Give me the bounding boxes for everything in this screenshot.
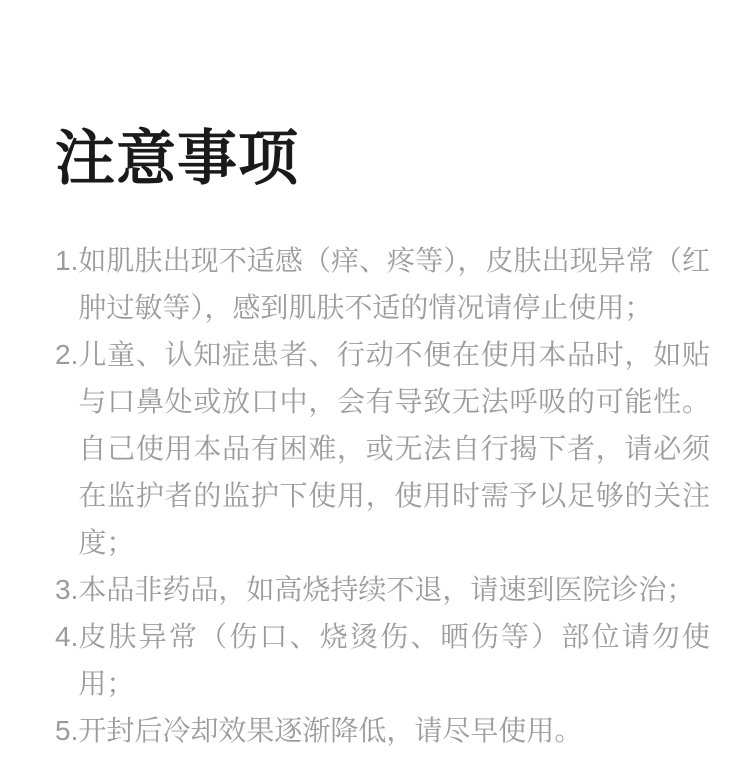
item-text: 皮肤异常（伤口、烧烫伤、晒伤等）部位请勿使用； <box>78 613 710 707</box>
list-item: 3. 本品非药品，如高烧持续不退，请速到医院诊治； <box>55 566 710 613</box>
item-text: 本品非药品，如高烧持续不退，请速到医院诊治； <box>78 566 710 613</box>
item-number: 3. <box>55 566 78 613</box>
item-text: 开封后冷却效果逐渐降低，请尽早使用。 <box>78 707 710 754</box>
list-item: 2. 儿童、认知症患者、行动不便在使用本品时，如贴与口鼻处或放口中，会有导致无法… <box>55 331 710 566</box>
notice-list: 1. 如肌肤出现不适感（痒、疼等），皮肤出现异常（红肿过敏等），感到肌肤不适的情… <box>55 237 710 754</box>
page-title: 注意事项 <box>55 124 299 193</box>
item-number: 4. <box>55 613 78 660</box>
list-item: 1. 如肌肤出现不适感（痒、疼等），皮肤出现异常（红肿过敏等），感到肌肤不适的情… <box>55 237 710 331</box>
item-text: 如肌肤出现不适感（痒、疼等），皮肤出现异常（红肿过敏等），感到肌肤不适的情况请停… <box>78 237 710 331</box>
item-number: 2. <box>55 331 78 378</box>
item-text: 儿童、认知症患者、行动不便在使用本品时，如贴与口鼻处或放口中，会有导致无法呼吸的… <box>78 331 710 566</box>
item-number: 1. <box>55 237 78 284</box>
item-number: 5. <box>55 707 78 754</box>
list-item: 4. 皮肤异常（伤口、烧烫伤、晒伤等）部位请勿使用； <box>55 613 710 707</box>
list-item: 5. 开封后冷却效果逐渐降低，请尽早使用。 <box>55 707 710 754</box>
precautions-section: 注意事项 1. 如肌肤出现不适感（痒、疼等），皮肤出现异常（红肿过敏等），感到肌… <box>0 0 750 770</box>
